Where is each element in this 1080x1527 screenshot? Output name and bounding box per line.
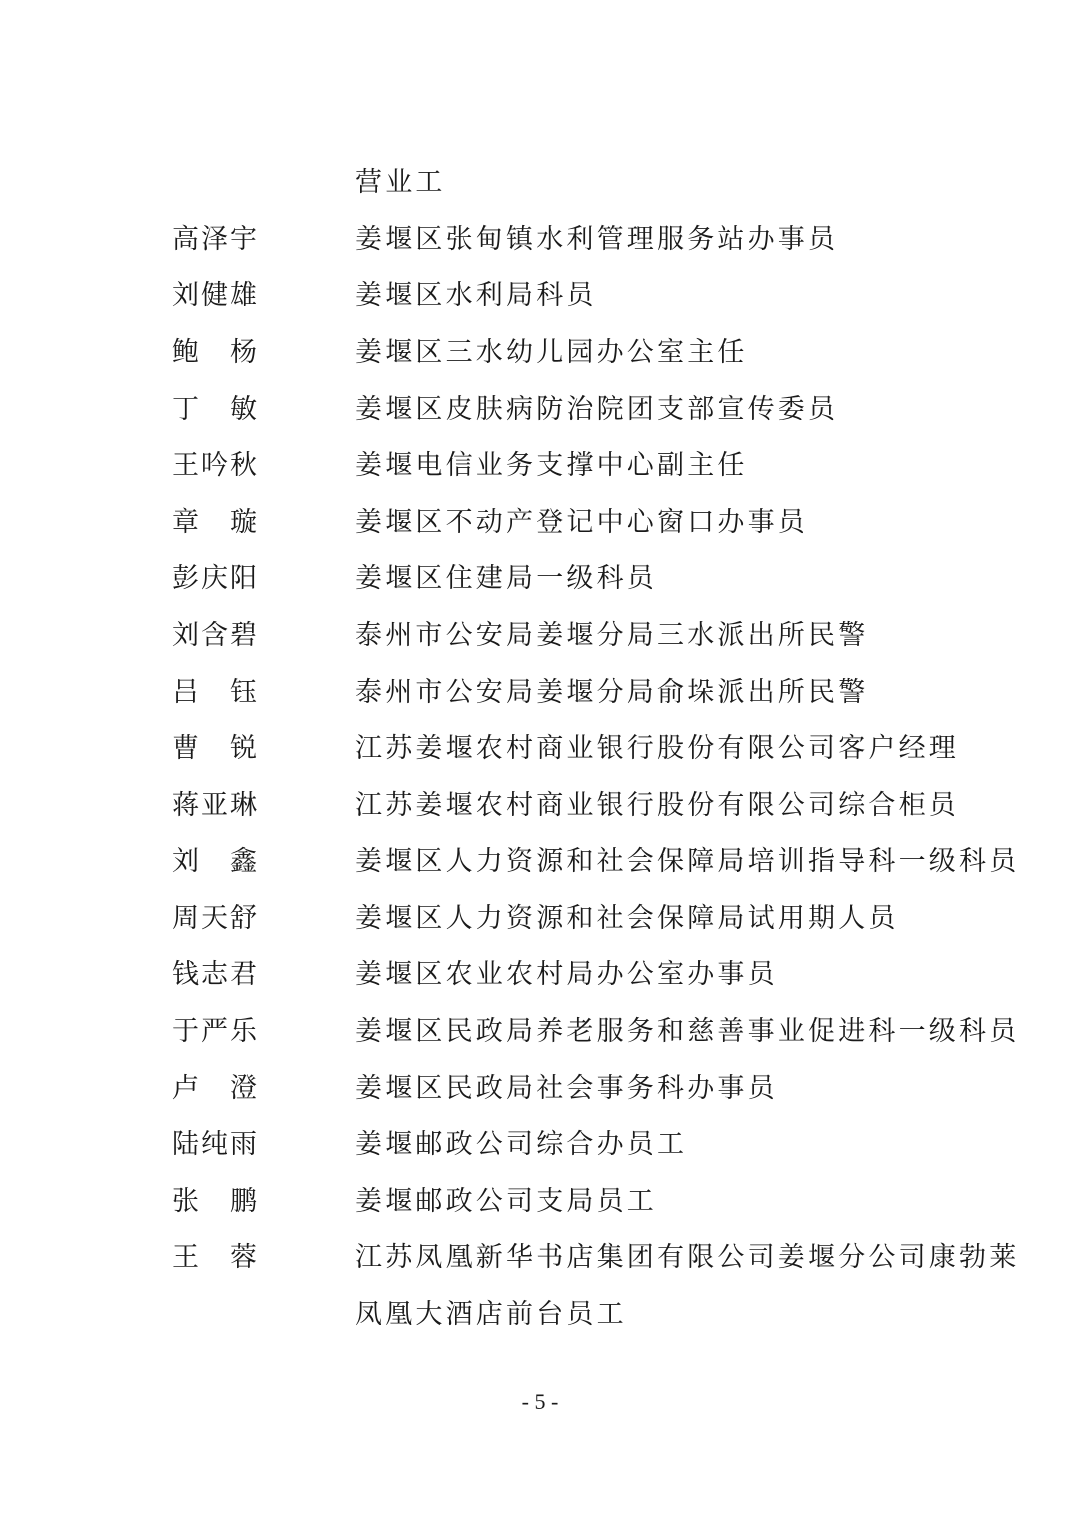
entry-name: 陆纯雨: [172, 1125, 262, 1165]
continuation-row: 营业工: [0, 163, 1080, 203]
continuation-row: 凤凰大酒店前台员工: [0, 1295, 1080, 1335]
list-item: 鲍 杨 姜堰区三水幼儿园办公室主任: [0, 333, 1080, 373]
entry-name-char: 曹: [172, 729, 199, 769]
entry-title: 江苏凤凰新华书店集团有限公司姜堰分公司康勃莱: [355, 1238, 1019, 1278]
entry-name: 刘含碧: [172, 616, 262, 656]
entry-name-char: 王: [172, 1238, 199, 1278]
entry-title-continued: 凤凰大酒店前台员工: [355, 1295, 627, 1335]
entry-name: 蒋亚琳: [172, 786, 262, 826]
entry-title: 姜堰区民政局社会事务科办事员: [355, 1069, 778, 1109]
entry-name: 曹 锐: [172, 729, 257, 769]
list-item: 吕 钰 泰州市公安局姜堰分局俞垛派出所民警: [0, 673, 1080, 713]
entry-name-char: 鲍: [172, 333, 199, 373]
list-item: 高泽宇 姜堰区张甸镇水利管理服务站办事员: [0, 220, 1080, 260]
entry-title-continued: 营业工: [355, 163, 446, 203]
entry-name-char: 卢: [172, 1069, 199, 1109]
list-item: 丁 敏 姜堰区皮肤病防治院团支部宣传委员: [0, 390, 1080, 430]
entry-name: 刘健雄: [172, 276, 262, 316]
entry-title: 姜堰区住建局一级科员: [355, 559, 657, 599]
list-item: 章 璇 姜堰区不动产登记中心窗口办事员: [0, 503, 1080, 543]
entry-title: 姜堰邮政公司综合办员工: [355, 1125, 687, 1165]
entry-title: 姜堰区民政局养老服务和慈善事业促进科一级科员: [355, 1012, 1019, 1052]
entry-name: 卢 澄: [172, 1069, 257, 1109]
list-item: 于严乐 姜堰区民政局养老服务和慈善事业促进科一级科员: [0, 1012, 1080, 1052]
entry-name-char: 章: [172, 503, 199, 543]
entry-title: 泰州市公安局姜堰分局俞垛派出所民警: [355, 673, 868, 713]
entry-name: 彭庆阳: [172, 559, 262, 599]
entry-name: 周天舒: [172, 899, 262, 939]
entry-name-char: 璇: [230, 503, 257, 543]
entry-name-char: 钰: [230, 673, 257, 713]
list-item: 彭庆阳 姜堰区住建局一级科员: [0, 559, 1080, 599]
entry-name-char: 吕: [172, 673, 199, 713]
entry-name: 刘 鑫: [172, 842, 257, 882]
list-item: 王吟秋 姜堰电信业务支撑中心副主任: [0, 446, 1080, 486]
entry-name-char: 锐: [230, 729, 257, 769]
entry-name-char: 鹏: [230, 1182, 257, 1222]
list-item: 王 蓉 江苏凤凰新华书店集团有限公司姜堰分公司康勃莱: [0, 1238, 1080, 1278]
entry-name: 王吟秋: [172, 446, 262, 486]
entry-title: 泰州市公安局姜堰分局三水派出所民警: [355, 616, 868, 656]
entry-title: 姜堰区人力资源和社会保障局试用期人员: [355, 899, 899, 939]
list-item: 陆纯雨 姜堰邮政公司综合办员工: [0, 1125, 1080, 1165]
entry-title: 姜堰电信业务支撑中心副主任: [355, 446, 748, 486]
list-item: 蒋亚琳 江苏姜堰农村商业银行股份有限公司综合柜员: [0, 786, 1080, 826]
list-item: 张 鹏 姜堰邮政公司支局员工: [0, 1182, 1080, 1222]
entry-title: 江苏姜堰农村商业银行股份有限公司综合柜员: [355, 786, 959, 826]
list-item: 曹 锐 江苏姜堰农村商业银行股份有限公司客户经理: [0, 729, 1080, 769]
list-item: 刘 鑫 姜堰区人力资源和社会保障局培训指导科一级科员: [0, 842, 1080, 882]
entry-title: 姜堰区不动产登记中心窗口办事员: [355, 503, 808, 543]
page-number: - 5 -: [0, 1388, 1080, 1416]
entry-name-char: 刘: [172, 842, 199, 882]
entry-title: 姜堰区农业农村局办公室办事员: [355, 955, 778, 995]
entry-title: 江苏姜堰农村商业银行股份有限公司客户经理: [355, 729, 959, 769]
document-page: 营业工 高泽宇 姜堰区张甸镇水利管理服务站办事员 刘健雄 姜堰区水利局科员 鲍 …: [0, 0, 1080, 1527]
list-item: 刘健雄 姜堰区水利局科员: [0, 276, 1080, 316]
entry-name-char: 张: [172, 1182, 199, 1222]
list-item: 刘含碧 泰州市公安局姜堰分局三水派出所民警: [0, 616, 1080, 656]
entry-name: 张 鹏: [172, 1182, 257, 1222]
entry-name: 章 璇: [172, 503, 257, 543]
entry-title: 姜堰区张甸镇水利管理服务站办事员: [355, 220, 838, 260]
entry-name-char: 鑫: [230, 842, 257, 882]
entry-title: 姜堰区人力资源和社会保障局培训指导科一级科员: [355, 842, 1019, 882]
entry-name-char: 敏: [230, 390, 257, 430]
list-item: 周天舒 姜堰区人力资源和社会保障局试用期人员: [0, 899, 1080, 939]
entry-name: 王 蓉: [172, 1238, 257, 1278]
list-item: 卢 澄 姜堰区民政局社会事务科办事员: [0, 1069, 1080, 1109]
entry-name-char: 蓉: [230, 1238, 257, 1278]
list-item: 钱志君 姜堰区农业农村局办公室办事员: [0, 955, 1080, 995]
entry-title: 姜堰邮政公司支局员工: [355, 1182, 657, 1222]
entry-name: 钱志君: [172, 955, 262, 995]
entry-name: 鲍 杨: [172, 333, 257, 373]
entry-title: 姜堰区水利局科员: [355, 276, 597, 316]
entry-title: 姜堰区皮肤病防治院团支部宣传委员: [355, 390, 838, 430]
entry-name: 高泽宇: [172, 220, 262, 260]
entry-name-char: 杨: [230, 333, 257, 373]
entry-name-char: 丁: [172, 390, 199, 430]
entry-name: 于严乐: [172, 1012, 262, 1052]
entry-name: 吕 钰: [172, 673, 257, 713]
entry-name-char: 澄: [230, 1069, 257, 1109]
entry-title: 姜堰区三水幼儿园办公室主任: [355, 333, 748, 373]
entry-name: 丁 敏: [172, 390, 257, 430]
